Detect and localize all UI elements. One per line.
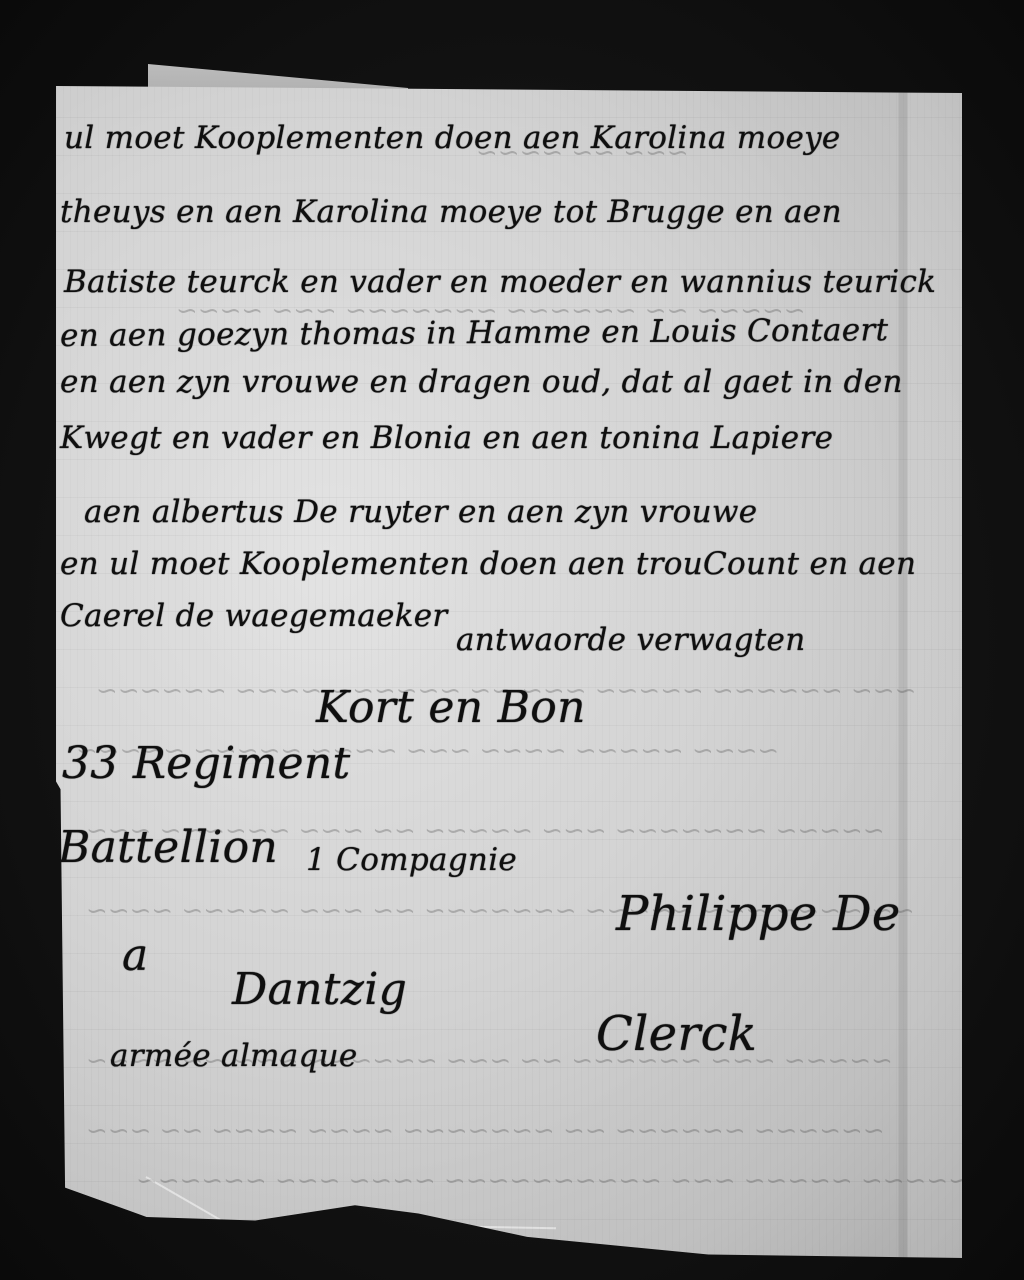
letter-line: en aen goezyn thomas in Hamme en Louis C…	[60, 312, 889, 354]
letter-line: en aen zyn vrouwe en dragen oud, dat al …	[60, 364, 903, 400]
letter-page: ~~~ ~~ ~~~~ ~~~~~ ~~ ~~~~~~ ~~~~~~~ ~~~ …	[56, 86, 962, 1258]
regiment-label: 33 Regiment	[62, 738, 350, 789]
letter-line: aen albertus De ruyter en aen zyn vrouwe	[84, 494, 757, 530]
letter-line: Caerel de waegemaeker	[60, 598, 448, 634]
bleed-through-texture: ~~~~~~ ~~~~~ ~~~ ~~~~~~~~~~ ~~~~ ~~~ ~~~…	[136, 1166, 992, 1196]
signature-last-name: Clerck	[596, 1006, 757, 1062]
battalion-label: Battellion	[58, 822, 278, 873]
signature-first-name: Philippe De	[616, 886, 901, 942]
letter-line: antwaorde verwagten	[456, 622, 805, 658]
letter-line: Batiste teurck en vader en moeder en wan…	[64, 264, 936, 300]
closing-phrase: Kort en Bon	[316, 682, 586, 733]
company-label: 1 Compagnie	[306, 842, 517, 878]
letter-line: en ul moet Kooplementen doen aen trouCou…	[60, 546, 916, 582]
army-label: armée almaque	[110, 1038, 358, 1074]
letter-line: Kwegt en vader en Blonia en aen tonina L…	[60, 420, 833, 456]
letter-line: ul moet Kooplementen doen aen Karolina m…	[64, 120, 841, 156]
location-name: Dantzig	[232, 964, 407, 1015]
location-prefix: a	[122, 930, 149, 981]
bleed-through-texture: ~~~~~~ ~~~~~~ ~~ ~~~~~~~ ~~~~ ~~~~ ~~ ~~…	[86, 1116, 885, 1146]
letter-line: theuys en aen Karolina moeye tot Brugge …	[60, 194, 842, 230]
